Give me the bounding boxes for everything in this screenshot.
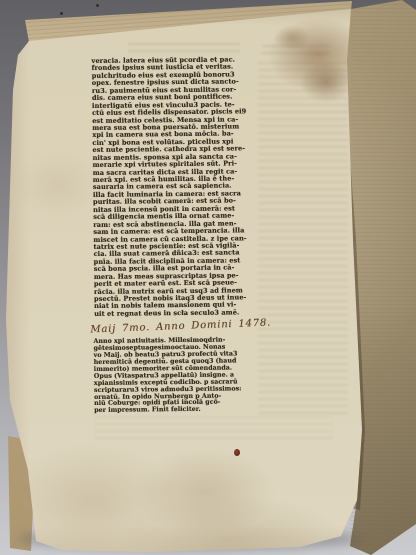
photo-of-incunabulum-page: veracia. latera eius sūt pcordia et pac.… xyxy=(0,0,416,555)
dust-speck xyxy=(60,12,63,15)
dust-speck xyxy=(96,4,99,7)
colophon-column: Anno xpi natiuitatis. Millesimoqdrin-gēt… xyxy=(93,337,262,415)
handwritten-date-annotation: Maij 7mo. Anno Domini 1478. xyxy=(90,315,266,340)
text-line: per impressum. Finit feliciter. xyxy=(94,407,262,416)
main-text-column: veracia. latera eius sūt pcordia et pac.… xyxy=(92,56,261,318)
